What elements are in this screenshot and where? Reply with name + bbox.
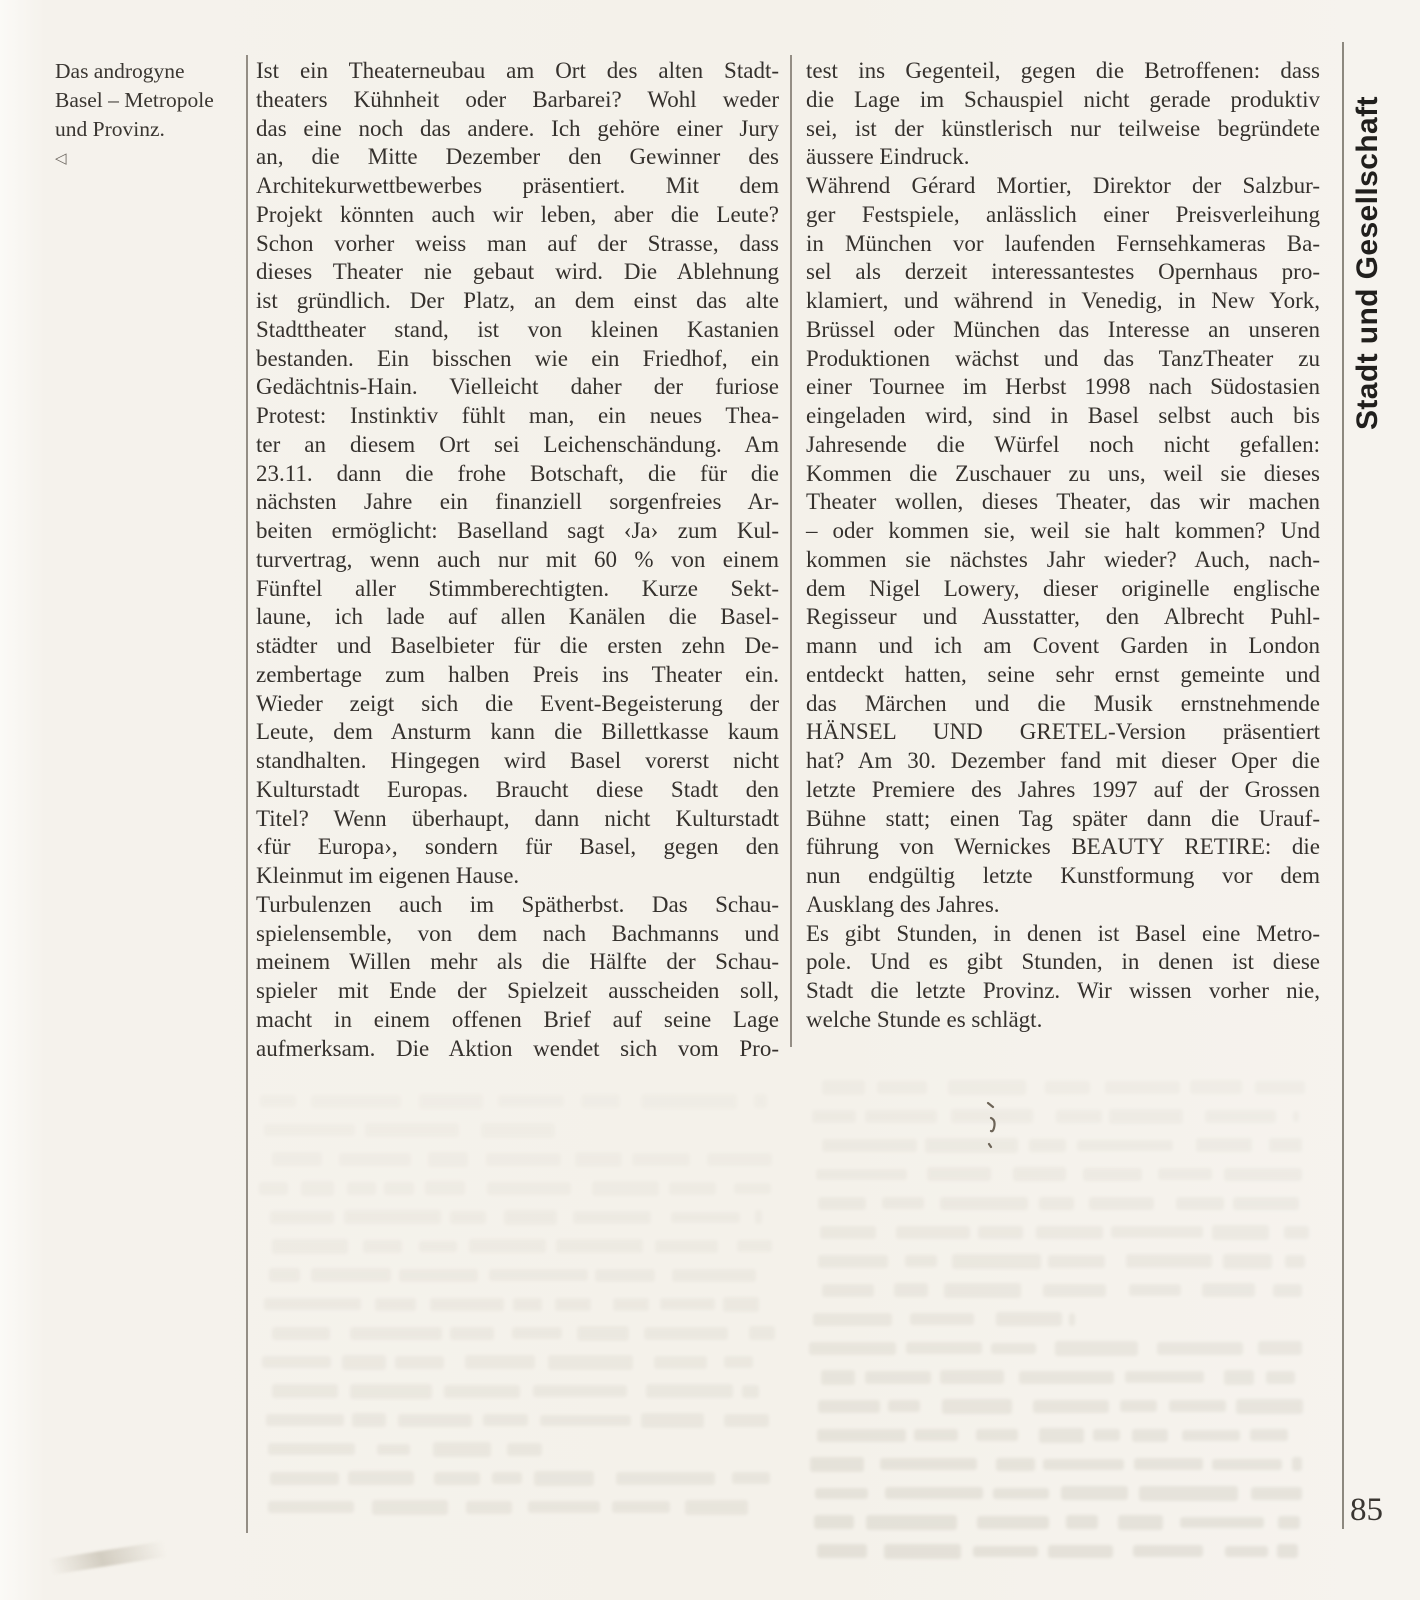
bleedthrough-blob	[399, 1269, 478, 1283]
bleedthrough-blob	[655, 1240, 719, 1254]
bleedthrough-blob	[595, 1269, 655, 1282]
bleedthrough-blob	[1061, 1486, 1128, 1500]
bleedthrough-blob	[865, 1371, 932, 1383]
bleedthrough-blob	[978, 1226, 1024, 1239]
text-line: Ausklang des Jahres.	[806, 891, 1320, 920]
bleedthrough-blob	[707, 1153, 772, 1167]
bleedthrough-row	[256, 1440, 779, 1469]
text-line: Stadt die letzte Provinz. Wir wissen vor…	[806, 977, 1320, 1006]
bleedthrough-blob	[450, 1211, 485, 1225]
bleedthrough-blob	[1258, 1341, 1302, 1355]
bleedthrough-row	[806, 1426, 1320, 1455]
text-line: zembertage zum halben Preis ins Theater …	[256, 661, 779, 690]
bleedthrough-blob	[612, 1501, 670, 1513]
bleedthrough-blob	[1284, 1226, 1308, 1240]
bleedthrough-blob	[940, 1197, 1028, 1210]
bleedthrough-blob	[577, 1326, 629, 1341]
bleedthrough-blob	[1083, 1168, 1142, 1182]
bleedthrough-blob	[1224, 1370, 1254, 1385]
bleedthrough-blob	[1157, 1342, 1243, 1354]
bleedthrough-blob	[925, 1138, 1018, 1153]
bleedthrough-blob	[1196, 1138, 1252, 1152]
bleedthrough-row	[806, 1397, 1320, 1426]
bleedthrough-blob	[896, 1226, 970, 1239]
bleedthrough-blob	[259, 1182, 287, 1194]
bleedthrough-blob	[952, 1254, 1041, 1269]
bleedthrough-blob	[910, 1313, 974, 1325]
bleedthrough-blob	[365, 1123, 458, 1137]
column-divider-rule	[790, 55, 792, 1047]
bleedthrough-blob	[973, 1546, 1039, 1557]
bleedthrough-blob	[877, 1081, 928, 1093]
bleedthrough-blob	[755, 1210, 762, 1224]
bleedthrough-blob	[540, 1415, 630, 1426]
bleedthrough-row	[806, 1513, 1320, 1542]
text-line: kommen sie nächstes Jahr wieder? Auch, n…	[806, 546, 1320, 575]
text-line: meinem Willen mehr als die Hälfte der Sc…	[256, 948, 779, 977]
bleedthrough-blob	[865, 1110, 938, 1124]
bleedthrough-blob	[433, 1442, 491, 1457]
bleedthrough-blob	[1133, 1545, 1204, 1557]
bleedthrough-blob	[822, 1080, 865, 1095]
bleedthrough-blob	[262, 1356, 331, 1368]
text-line: Leute, dem Ansturm kann die Billettkasse…	[256, 718, 779, 747]
text-line: bestanden. Ein bisschen wie ein Friedhof…	[256, 345, 779, 374]
text-line: Theater wollen, dieses Theater, das wir …	[806, 488, 1320, 517]
bleedthrough-blob	[671, 1212, 739, 1224]
text-line: HÄNSEL UND GRETEL-Version präsentiert	[806, 718, 1320, 747]
bleedthrough-blob	[809, 1342, 896, 1356]
bleedthrough-blob	[1250, 1429, 1288, 1441]
bleedthrough-texture-right	[806, 1078, 1320, 1572]
text-line: Architekurwettbewerbes präsentiert. Mit …	[256, 172, 779, 201]
text-line: Wieder zeigt sich die Event-Begeisterung…	[256, 690, 779, 719]
bleedthrough-blob	[1056, 1110, 1102, 1124]
bleedthrough-blob	[1285, 1255, 1305, 1267]
bleedthrough-blob	[339, 1153, 411, 1166]
text-line: hat? Am 30. Dezember fand mit dieser Ope…	[806, 747, 1320, 776]
bleedthrough-blob	[820, 1226, 876, 1239]
text-line: die Lage im Schauspiel nicht gerade prod…	[806, 86, 1320, 115]
bleedthrough-row	[806, 1455, 1320, 1484]
bleedthrough-blob	[822, 1139, 917, 1153]
text-line: klamiert, und während in Venedig, in New…	[806, 287, 1320, 316]
text-column-left: Ist ein Theaterneubau am Ort des alten S…	[256, 57, 779, 1063]
text-line: nächsten Jahre ein finanziell sorgenfrei…	[256, 488, 779, 517]
bleedthrough-blob	[880, 1458, 977, 1470]
bleedthrough-blob	[613, 1298, 649, 1310]
bleedthrough-row	[256, 1382, 779, 1411]
text-line: das Märchen und die Musik ernstnehmende	[806, 690, 1320, 719]
bleedthrough-blob	[1125, 1371, 1204, 1383]
bleedthrough-blob	[264, 1124, 355, 1136]
bleedthrough-blob	[1045, 1081, 1089, 1094]
bleedthrough-blob	[528, 1501, 600, 1513]
bleedthrough-blob	[942, 1399, 1012, 1414]
bleedthrough-blob	[466, 1501, 512, 1514]
text-line: letzte Premiere des Jahres 1997 auf der …	[806, 776, 1320, 805]
margin-caption: Das androgyneBasel – Metropoleund Provin…	[55, 57, 255, 166]
bleedthrough-blob	[927, 1167, 991, 1181]
bleedthrough-blob	[1129, 1284, 1181, 1296]
bleedthrough-row	[256, 1469, 779, 1498]
bleedthrough-blob	[1105, 1081, 1180, 1095]
bleedthrough-blob	[1043, 1284, 1106, 1296]
bleedthrough-blob	[555, 1298, 590, 1311]
bleedthrough-blob	[734, 1183, 771, 1195]
bleedthrough-blob	[1212, 1459, 1283, 1471]
bleedthrough-row	[806, 1165, 1320, 1194]
bleedthrough-blob	[301, 1181, 333, 1196]
bleedthrough-blob	[575, 1152, 622, 1167]
bleedthrough-blob	[425, 1181, 466, 1195]
text-line: einer Tournee im Herbst 1998 nach Südost…	[806, 373, 1320, 402]
bleedthrough-blob	[993, 1488, 1049, 1500]
text-line: Bühne statt; einen Tag später dann die U…	[806, 805, 1320, 834]
text-line: Titel? Wenn überhaupt, dann nicht Kultur…	[256, 805, 779, 834]
bleedthrough-blob	[1039, 1428, 1084, 1442]
text-line: und Provinz.	[55, 115, 255, 144]
bleedthrough-blob	[646, 1384, 733, 1398]
text-line: Kulturstadt Europas. Braucht diese Stadt…	[256, 776, 779, 805]
bleedthrough-blob	[822, 1284, 874, 1298]
bleedthrough-blob	[581, 1094, 620, 1108]
bleedthrough-row	[256, 1150, 779, 1179]
bleedthrough-blob	[419, 1094, 483, 1108]
bleedthrough-blob	[1225, 1546, 1268, 1557]
bleedthrough-row	[806, 1136, 1320, 1165]
text-line: pole. Und es gibt Stunden, in denen ist …	[806, 948, 1320, 977]
bleedthrough-blob	[481, 1123, 555, 1138]
bleedthrough-blob	[616, 1472, 715, 1485]
bleedthrough-blob	[821, 1370, 855, 1385]
bleedthrough-row	[256, 1498, 779, 1524]
margin-caption-lines: Das androgyneBasel – Metropoleund Provin…	[55, 57, 255, 144]
corner-smudge	[49, 1541, 165, 1575]
text-line: Protest: Instinktiv fühlt man, ein neues…	[256, 402, 779, 431]
bleedthrough-blob	[815, 1488, 869, 1499]
bleedthrough-blob	[395, 1356, 444, 1370]
bleedthrough-row	[806, 1310, 1320, 1339]
bleedthrough-blob	[723, 1297, 759, 1312]
bleedthrough-blob	[882, 1197, 924, 1209]
bleedthrough-blob	[266, 1414, 344, 1426]
ink-speck	[980, 1098, 1000, 1150]
text-line: spieler mit Ende der Spielzeit ausscheid…	[256, 977, 779, 1006]
bleedthrough-blob	[398, 1414, 472, 1428]
bleedthrough-blob	[573, 1211, 651, 1224]
text-line: ter an diesem Ort sei Leichenschändung. …	[256, 431, 779, 460]
bleedthrough-blob	[888, 1400, 920, 1412]
text-line: turvertrag, wenn auch nur mit 60 % von e…	[256, 546, 779, 575]
bleedthrough-blob	[1120, 1400, 1157, 1412]
bleedthrough-blob	[492, 1472, 523, 1484]
bleedthrough-blob	[311, 1095, 401, 1108]
text-line: Regisseur und Ausstatter, den Albrecht P…	[806, 603, 1320, 632]
bleedthrough-blob	[660, 1298, 715, 1310]
bleedthrough-blob	[347, 1182, 376, 1195]
bleedthrough-blob	[996, 1458, 1036, 1471]
bleedthrough-blob	[268, 1443, 356, 1455]
bleedthrough-blob	[1039, 1197, 1074, 1210]
bleedthrough-blob	[428, 1152, 468, 1167]
text-line: eingeladen wird, sind in Basel selbst au…	[806, 402, 1320, 431]
bleedthrough-blob	[264, 1298, 362, 1310]
bleedthrough-blob	[419, 1241, 458, 1253]
text-line: ist gründlich. Der Platz, an dem einst d…	[256, 287, 779, 316]
bleedthrough-blob	[548, 1355, 632, 1370]
bleedthrough-blob	[1180, 1517, 1263, 1528]
margin-rule	[1342, 42, 1344, 1529]
bleedthrough-blob	[885, 1487, 983, 1499]
bleedthrough-row	[806, 1542, 1320, 1571]
text-line: beiten ermöglicht: Baselland sagt ‹Ja› z…	[256, 517, 779, 546]
bleedthrough-blob	[641, 1413, 704, 1428]
bleedthrough-blob	[384, 1182, 414, 1196]
text-line: test ins Gegenteil, gegen die Betroffene…	[806, 57, 1320, 86]
text-line: Stadttheater stand, ist von kleinen Kast…	[256, 316, 779, 345]
text-line: 23.11. dann die frohe Botschaft, die für…	[256, 460, 779, 489]
bleedthrough-row	[806, 1223, 1320, 1252]
bleedthrough-blob	[1048, 1545, 1113, 1558]
bleedthrough-blob	[507, 1443, 542, 1455]
scanned-page: { "page": { "number": "85", "paper_color…	[0, 0, 1420, 1600]
bleedthrough-row	[256, 1179, 779, 1208]
bleedthrough-blob	[1066, 1515, 1098, 1529]
bleedthrough-blob	[350, 1327, 442, 1340]
text-line: in München vor laufenden Fernsehkameras …	[806, 230, 1320, 259]
text-line: aufmerksam. Die Aktion wendet sich vom P…	[256, 1035, 779, 1064]
text-line: Gedächtnis-Hain. Vielleicht daher der fu…	[256, 373, 779, 402]
bleedthrough-blob	[669, 1182, 716, 1195]
bleedthrough-blob	[270, 1472, 339, 1484]
caption-pointer-icon: ◁	[55, 151, 255, 166]
bleedthrough-blob	[948, 1080, 1026, 1095]
text-line: Kommen die Zuschauer zu uns, weil sie di…	[806, 460, 1320, 489]
bleedthrough-blob	[350, 1384, 433, 1399]
text-line: das eine noch das andere. Ich gehöre ein…	[256, 115, 779, 144]
bleedthrough-row	[806, 1281, 1320, 1310]
text-line: nun endgültig letzte Kunstformung vor de…	[806, 862, 1320, 891]
bleedthrough-blob	[1190, 1080, 1242, 1094]
bleedthrough-row	[256, 1295, 779, 1324]
bleedthrough-blob	[533, 1385, 627, 1397]
bleedthrough-row	[256, 1092, 779, 1121]
text-line: entdeckt hatten, seine sehr ernst gemein…	[806, 661, 1320, 690]
bleedthrough-blob	[513, 1298, 542, 1311]
page-number: 85	[1350, 1492, 1383, 1529]
bleedthrough-blob	[940, 1370, 1004, 1384]
bleedthrough-blob	[894, 1283, 928, 1297]
bleedthrough-blob	[1111, 1226, 1203, 1238]
text-line: laune, ich lade auf allen Kanälen die Ba…	[256, 603, 779, 632]
bleedthrough-blob	[1093, 1429, 1120, 1441]
bleedthrough-blob	[1292, 1457, 1301, 1471]
text-line: Während Gérard Mortier, Direktor der Sal…	[806, 172, 1320, 201]
bleedthrough-blob	[534, 1471, 593, 1486]
bleedthrough-texture-left	[256, 1092, 779, 1524]
bleedthrough-blob	[1069, 1313, 1075, 1327]
text-line: mann und ich am Covent Garden in London	[806, 632, 1320, 661]
text-line: äussere Eindruck.	[806, 143, 1320, 172]
bleedthrough-blob	[260, 1095, 296, 1107]
bleedthrough-blob	[813, 1313, 891, 1325]
text-line: Brüssel oder München das Interesse an un…	[806, 316, 1320, 345]
bleedthrough-blob	[672, 1269, 756, 1282]
bleedthrough-blob	[363, 1240, 402, 1253]
bleedthrough-blob	[977, 1516, 1049, 1530]
bleedthrough-blob	[818, 1400, 879, 1413]
bleedthrough-blob	[866, 1515, 958, 1530]
bleedthrough-blob	[914, 1429, 958, 1441]
text-line: Basel – Metropole	[55, 86, 255, 115]
bleedthrough-row	[806, 1107, 1320, 1136]
bleedthrough-blob	[269, 1268, 301, 1282]
text-line: sel als derzeit interessantestes Opernha…	[806, 258, 1320, 287]
bleedthrough-blob	[504, 1210, 556, 1225]
text-line: welche Stunde es schlägt.	[806, 1006, 1320, 1035]
text-line: an, die Mitte Dezember den Gewinner des	[256, 143, 779, 172]
bleedthrough-blob	[641, 1094, 737, 1109]
bleedthrough-blob	[976, 1429, 1017, 1441]
bleedthrough-blob	[944, 1283, 1020, 1298]
text-line: ger Festspiele, anlässlich einer Preisve…	[806, 201, 1320, 230]
bleedthrough-row	[256, 1121, 779, 1150]
bleedthrough-row	[806, 1078, 1320, 1107]
bleedthrough-row	[256, 1266, 779, 1295]
bleedthrough-blob	[685, 1500, 749, 1514]
bleedthrough-blob	[817, 1429, 906, 1442]
bleedthrough-blob	[486, 1153, 561, 1165]
text-line: ‹für Europa›, sondern für Basel, gegen d…	[256, 833, 779, 862]
bleedthrough-blob	[498, 1095, 564, 1107]
text-line: Projekt könnten auch wir leben, aber die…	[256, 201, 779, 230]
bleedthrough-blob	[1224, 1168, 1302, 1181]
text-line: dieses Theater nie gebaut wird. Die Able…	[256, 258, 779, 287]
text-column-right: test ins Gegenteil, gegen die Betroffene…	[806, 57, 1320, 1035]
bleedthrough-blob	[1033, 1400, 1109, 1413]
bleedthrough-blob	[732, 1472, 771, 1484]
bleedthrough-blob	[1182, 1430, 1240, 1441]
text-line: führung von Wernickes BEAUTY RETIRE: die	[806, 833, 1320, 862]
bleedthrough-blob	[352, 1413, 386, 1427]
text-line: Ist ein Theaterneubau am Ort des alten S…	[256, 57, 779, 86]
bleedthrough-blob	[489, 1269, 588, 1281]
bleedthrough-blob	[375, 1298, 416, 1311]
bleedthrough-blob	[884, 1544, 961, 1559]
bleedthrough-blob	[996, 1312, 1062, 1326]
bleedthrough-blob	[372, 1500, 448, 1515]
bleedthrough-blob	[1169, 1400, 1226, 1412]
bleedthrough-blob	[342, 1355, 386, 1370]
bleedthrough-blob	[1176, 1197, 1225, 1210]
bleedthrough-blob	[737, 1240, 772, 1252]
text-line: spielensemble, von dem nach Bachmanns un…	[256, 920, 779, 949]
bleedthrough-blob	[1132, 1429, 1169, 1442]
bleedthrough-blob	[1223, 1254, 1272, 1269]
bleedthrough-blob	[272, 1152, 323, 1166]
bleedthrough-blob	[348, 1471, 414, 1485]
bleedthrough-blob	[270, 1211, 334, 1225]
bleedthrough-blob	[1077, 1140, 1174, 1152]
text-line: sei, ist der künstlerisch nur teilweise …	[806, 115, 1320, 144]
bleedthrough-blob	[814, 1515, 854, 1529]
text-line: Turbulenzen auch im Spätherbst. Das Scha…	[256, 891, 779, 920]
bleedthrough-blob	[724, 1414, 769, 1426]
bleedthrough-blob	[1118, 1515, 1163, 1530]
bleedthrough-row	[806, 1252, 1320, 1281]
bleedthrough-blob	[377, 1444, 410, 1455]
bleedthrough-blob	[1266, 1371, 1295, 1384]
bleedthrough-blob	[1158, 1168, 1212, 1180]
bleedthrough-blob	[487, 1182, 571, 1196]
text-line: standhalten. Hingegen wird Basel vorerst…	[256, 747, 779, 776]
text-line: Kleinmut im eigenen Hause.	[256, 862, 779, 891]
bleedthrough-blob	[905, 1255, 937, 1267]
bleedthrough-blob	[1036, 1226, 1103, 1238]
text-line: macht in einem offenen Brief auf seine L…	[256, 1006, 779, 1035]
bleedthrough-blob	[1233, 1197, 1299, 1209]
bleedthrough-blob	[556, 1239, 644, 1253]
bleedthrough-blob	[1205, 1110, 1275, 1123]
bleedthrough-blob	[1277, 1544, 1298, 1558]
bleedthrough-blob	[272, 1384, 338, 1398]
bleedthrough-blob	[812, 1110, 856, 1123]
bleedthrough-row	[806, 1368, 1320, 1397]
section-side-label: Stadt und Gesellschaft	[1347, 54, 1389, 430]
bleedthrough-blob	[1212, 1225, 1268, 1240]
bleedthrough-blob	[1278, 1516, 1300, 1529]
bleedthrough-blob	[465, 1355, 535, 1369]
bleedthrough-blob	[444, 1385, 520, 1397]
text-line: städter und Baselbieter für die ersten z…	[256, 632, 779, 661]
bleedthrough-blob	[724, 1356, 752, 1368]
bleedthrough-blob	[592, 1181, 659, 1196]
bleedthrough-blob	[818, 1255, 888, 1267]
bleedthrough-blob	[1126, 1254, 1212, 1268]
bleedthrough-blob	[991, 1343, 1036, 1354]
bleedthrough-blob	[906, 1342, 982, 1354]
bleedthrough-blob	[1043, 1459, 1124, 1470]
text-line: dem Nigel Lowery, dieser originelle engl…	[806, 575, 1320, 604]
bleedthrough-row	[256, 1324, 779, 1353]
bleedthrough-blob	[818, 1197, 866, 1211]
bleedthrough-blob	[469, 1239, 546, 1253]
bleedthrough-blob	[1273, 1284, 1302, 1298]
bleedthrough-blob	[1251, 1487, 1302, 1501]
bleedthrough-row	[256, 1237, 779, 1266]
bleedthrough-blob	[1029, 1139, 1066, 1152]
text-line: Das androgyne	[55, 57, 255, 86]
bleedthrough-row	[256, 1411, 779, 1440]
text-line: Fünftel aller Stimmberechtigten. Kurze S…	[256, 575, 779, 604]
text-line: Schon vorher weiss man auf der Strasse, …	[256, 230, 779, 259]
bleedthrough-blob	[311, 1268, 391, 1282]
bleedthrough-blob	[1269, 1138, 1302, 1152]
bleedthrough-blob	[816, 1169, 908, 1181]
bleedthrough-row	[806, 1339, 1320, 1368]
bleedthrough-blob	[430, 1298, 504, 1311]
bleedthrough-blob	[1055, 1341, 1138, 1356]
bleedthrough-blob	[817, 1544, 867, 1558]
bleedthrough-blob	[1019, 1371, 1114, 1384]
bleedthrough-blob	[434, 1472, 481, 1485]
bleedthrough-blob	[644, 1327, 728, 1341]
bleedthrough-blob	[344, 1210, 441, 1224]
bleedthrough-row	[806, 1194, 1320, 1223]
bleedthrough-blob	[1013, 1167, 1066, 1181]
bleedthrough-blob	[1134, 1458, 1203, 1470]
